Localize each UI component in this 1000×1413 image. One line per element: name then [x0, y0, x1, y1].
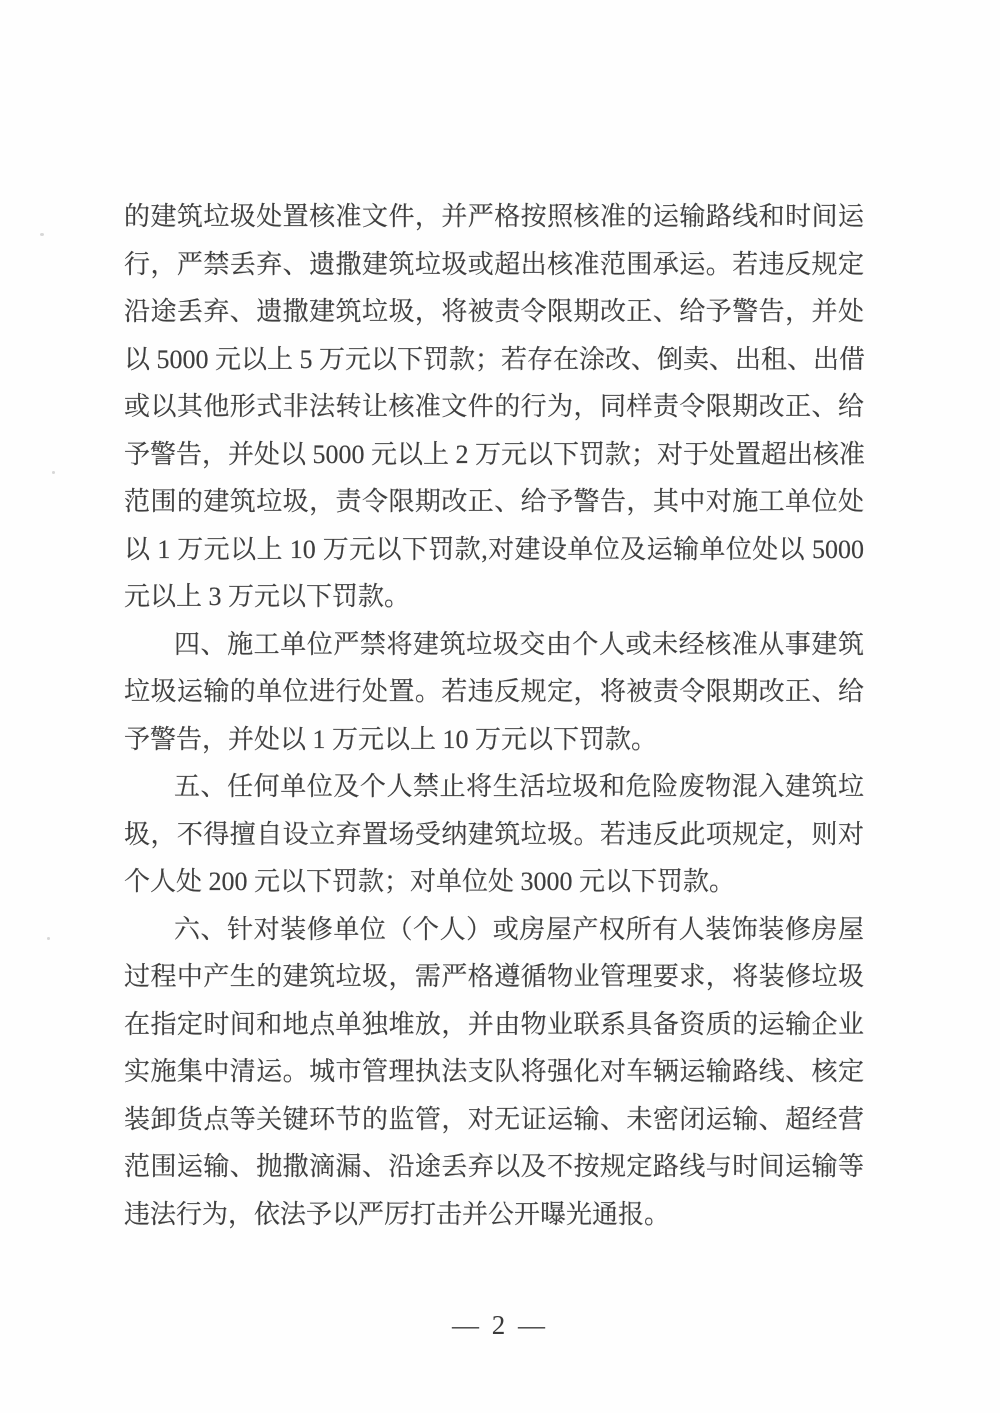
text-line: 元以上 3 万元以下罚款。: [124, 573, 864, 621]
page-footer: — 2 —: [0, 1310, 1000, 1341]
text-line: 范围的建筑垃圾，责令限期改正、给予警告，其中对施工单位处: [124, 478, 864, 526]
text-line: 以 1 万元以上 10 万元以下罚款,对建设单位及运输单位处以 5000: [124, 526, 864, 574]
text-line: 装卸货点等关键环节的监管，对无证运输、未密闭运输、超经营: [124, 1096, 864, 1144]
scan-speck: [47, 937, 50, 940]
text-line: 范围运输、抛撒滴漏、沿途丢弃以及不按规定路线与时间运输等: [124, 1143, 864, 1191]
scan-speck: [52, 471, 55, 474]
text-line-item-4: 四、施工单位严禁将建筑垃圾交由个人或未经核准从事建筑: [124, 621, 864, 669]
text-line: 违法行为，依法予以严厉打击并公开曝光通报。: [124, 1191, 864, 1239]
text-line: 予警告，并处以 5000 元以上 2 万元以下罚款；对于处置超出核准: [124, 431, 864, 479]
document-body: 的建筑垃圾处置核准文件，并严格按照核准的运输路线和时间运 行，严禁丢弃、遗撒建筑…: [124, 193, 864, 1238]
text-line-item-6: 六、针对装修单位（个人）或房屋产权所有人装饰装修房屋: [124, 906, 864, 954]
text-line: 圾，不得擅自设立弃置场受纳建筑垃圾。若违反此项规定，则对: [124, 811, 864, 859]
text-line: 垃圾运输的单位进行处置。若违反规定，将被责令限期改正、给: [124, 668, 864, 716]
text-line: 在指定时间和地点单独堆放，并由物业联系具备资质的运输企业: [124, 1001, 864, 1049]
text-line: 或以其他形式非法转让核准文件的行为，同样责令限期改正、给: [124, 383, 864, 431]
scan-speck: [40, 233, 44, 236]
text-line: 的建筑垃圾处置核准文件，并严格按照核准的运输路线和时间运: [124, 193, 864, 241]
text-line-item-5: 五、任何单位及个人禁止将生活垃圾和危险废物混入建筑垃: [124, 763, 864, 811]
text-line: 行，严禁丢弃、遗撒建筑垃圾或超出核准范围承运。若违反规定: [124, 241, 864, 289]
page-number: — 2 —: [452, 1310, 548, 1340]
text-line: 予警告，并处以 1 万元以上 10 万元以下罚款。: [124, 716, 864, 764]
text-line: 实施集中清运。城市管理执法支队将强化对车辆运输路线、核定: [124, 1048, 864, 1096]
text-line: 过程中产生的建筑垃圾，需严格遵循物业管理要求，将装修垃圾: [124, 953, 864, 1001]
text-line: 沿途丢弃、遗撒建筑垃圾，将被责令限期改正、给予警告，并处: [124, 288, 864, 336]
document-page: 的建筑垃圾处置核准文件，并严格按照核准的运输路线和时间运 行，严禁丢弃、遗撒建筑…: [0, 0, 1000, 1413]
text-line: 个人处 200 元以下罚款；对单位处 3000 元以下罚款。: [124, 858, 864, 906]
text-line: 以 5000 元以上 5 万元以下罚款；若存在涂改、倒卖、出租、出借: [124, 336, 864, 384]
